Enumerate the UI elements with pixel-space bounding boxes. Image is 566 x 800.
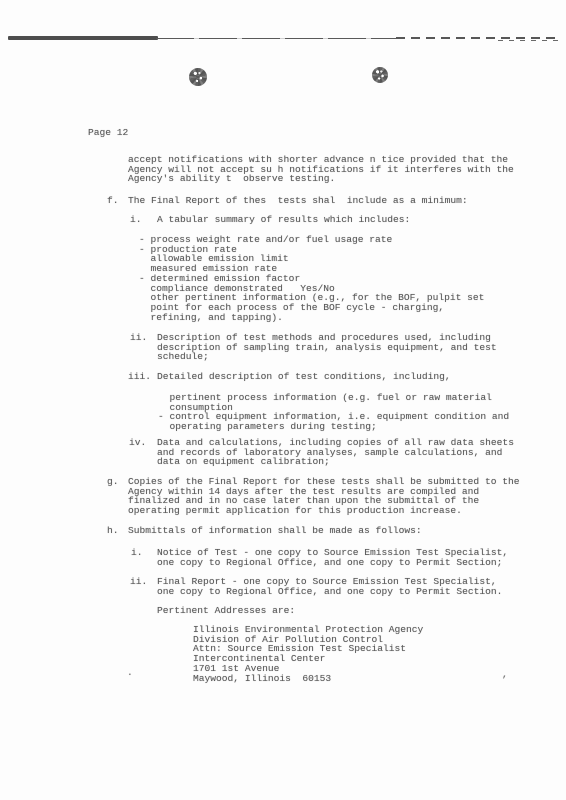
scan-speck-comma: , xyxy=(502,670,508,680)
item-ii-text: Description of test methods and procedur… xyxy=(157,333,497,362)
item-line: schedule; xyxy=(157,352,497,362)
section-h-text: Submittals of information shall be made … xyxy=(128,526,422,536)
subitem-ii-label: ii. xyxy=(130,577,147,587)
item-line: data on equipment calibration; xyxy=(157,457,514,467)
hole-punch-mark-left xyxy=(189,68,207,86)
address-line: Maywood, Illinois 60153 xyxy=(193,674,423,684)
item-iii-sublist: pertinent process information (e.g. fuel… xyxy=(158,393,509,432)
item-i-text: A tabular summary of results which inclu… xyxy=(157,215,410,225)
scan-speck-period: . xyxy=(127,668,133,678)
intro-paragraph: accept notifications with shorter advanc… xyxy=(128,155,514,184)
item-line: one copy to Regional Office, and one cop… xyxy=(157,587,502,597)
scan-band-right-specks xyxy=(498,40,560,41)
section-f-label: f. xyxy=(107,196,119,206)
hole-punch-mark-right xyxy=(372,67,388,83)
item-i-label: i. xyxy=(130,215,142,225)
item-iv-text: Data and calculations, including copies … xyxy=(157,438,514,467)
item-iv-label: iv. xyxy=(129,438,146,448)
section-f-text: The Final Report of thes tests shal incl… xyxy=(128,196,468,206)
section-h-label: h. xyxy=(107,526,119,536)
page-number-label: Page 12 xyxy=(88,128,128,138)
scan-band-right-dashes xyxy=(396,37,560,39)
subitem-i-text: Notice of Test - one copy to Source Emis… xyxy=(157,548,508,567)
address-block: Illinois Environmental Protection Agency… xyxy=(193,625,423,683)
subitem-ii-text: Final Report - one copy to Source Emissi… xyxy=(157,577,502,596)
item-ii-label: ii. xyxy=(130,333,147,343)
subitem-i-label: i. xyxy=(131,548,143,558)
item-line: one copy to Regional Office, and one cop… xyxy=(157,558,508,568)
bullet-line: operating parameters during testing; xyxy=(158,422,509,432)
addresses-heading: Pertinent Addresses are: xyxy=(157,606,295,616)
section-g-text: Copies of the Final Report for these tes… xyxy=(128,477,520,516)
item-i-bullet-list: - process weight rate and/or fuel usage … xyxy=(139,235,484,322)
document-page: Page 12 accept notifications with shorte… xyxy=(0,0,566,800)
item-iii-label: iii. xyxy=(128,372,151,382)
paragraph-line: Agency's ability t observe testing. xyxy=(128,174,514,184)
section-g-label: g. xyxy=(107,477,119,487)
scan-band-mid-line xyxy=(156,38,396,39)
bullet-line: refining, and tapping). xyxy=(139,313,484,323)
top-edge-scan-band xyxy=(0,35,566,43)
item-iii-text: Detailed description of test conditions,… xyxy=(157,372,451,382)
scan-band-left-segment xyxy=(8,36,158,40)
paragraph-line: operating permit application for this pr… xyxy=(128,506,520,516)
